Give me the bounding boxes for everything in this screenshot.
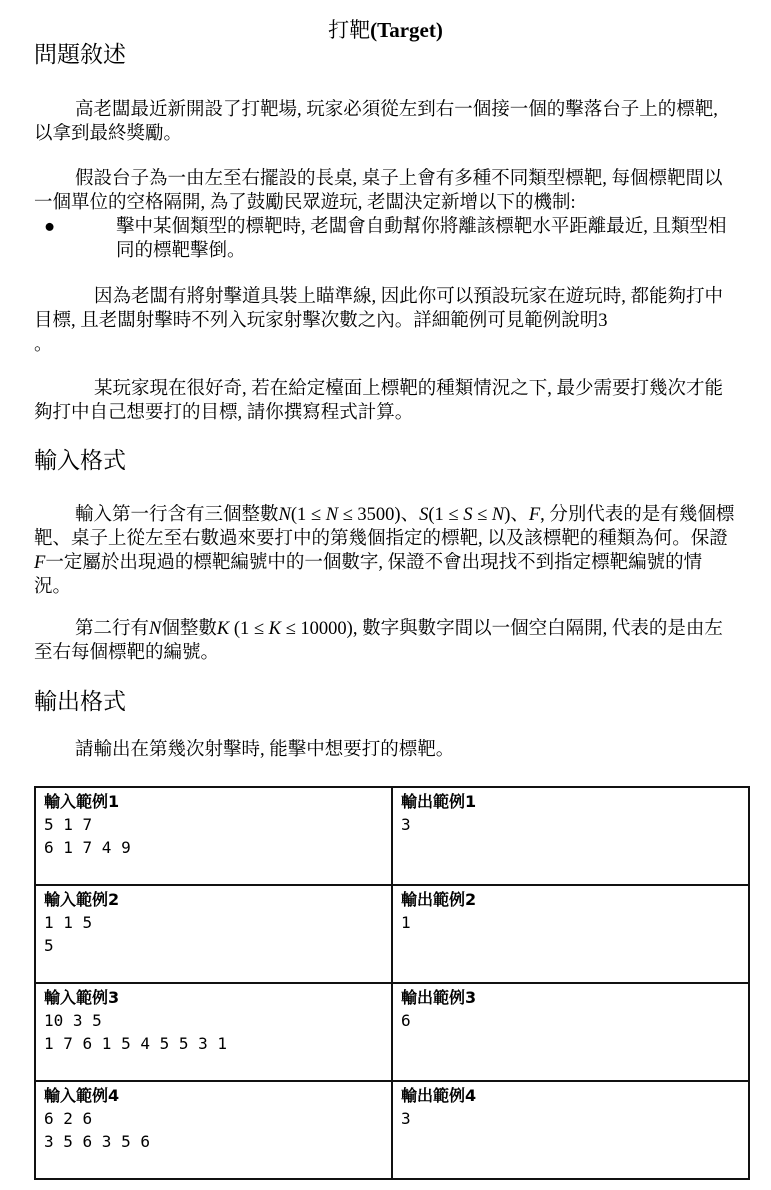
sample-output-line: 6 bbox=[401, 1009, 740, 1032]
sample-input-cell: 輸入範例310 3 51 7 6 1 5 4 5 5 3 1 bbox=[35, 983, 392, 1081]
sample-output-label: 輸出範例1 bbox=[401, 790, 740, 813]
sample-input-cell: 輸入範例15 1 76 1 7 4 9 bbox=[35, 787, 392, 885]
sample-row: 輸入範例310 3 51 7 6 1 5 4 5 5 3 1輸出範例36 bbox=[35, 983, 749, 1081]
description-paragraph-1: 高老闆最近新開設了打靶場, 玩家必須從左到右一個接一個的擊落台子上的標靶, 以拿… bbox=[34, 98, 739, 146]
sample-output-line: 3 bbox=[401, 1107, 740, 1130]
description-paragraph-4: 某玩家現在很好奇, 若在給定檯面上標靶的種類情況之下, 最少需要打幾次才能夠打中… bbox=[34, 377, 739, 425]
sample-row: 輸入範例15 1 76 1 7 4 9輸出範例13 bbox=[35, 787, 749, 885]
sample-output-line: 3 bbox=[401, 813, 740, 836]
sample-input-line: 5 bbox=[44, 934, 383, 957]
sample-input-line: 6 2 6 bbox=[44, 1107, 383, 1130]
sample-output-label: 輸出範例3 bbox=[401, 986, 740, 1009]
sample-input-line: 5 1 7 bbox=[44, 813, 383, 836]
sample-output-cell: 輸出範例36 bbox=[392, 983, 749, 1081]
sample-input-line: 6 1 7 4 9 bbox=[44, 836, 383, 859]
sample-output-cell: 輸出範例43 bbox=[392, 1081, 749, 1179]
input-paragraph-2: 第二行有N個整數K (1 ≤ K ≤ 10000), 數字與數字間以一個空白隔開… bbox=[34, 617, 739, 665]
sample-output-line: 1 bbox=[401, 911, 740, 934]
output-paragraph-1: 請輸出在第幾次射擊時, 能擊中想要打的標靶。 bbox=[34, 738, 739, 762]
mechanism-bullet-text: 擊中某個類型的標靶時, 老闆會自動幫你將離該標靶水平距離最近, 且類型相同的標靶… bbox=[116, 215, 739, 263]
sample-input-label: 輸入範例1 bbox=[44, 790, 383, 813]
sample-input-line: 3 5 6 3 5 6 bbox=[44, 1130, 383, 1153]
sample-input-line: 1 1 5 bbox=[44, 911, 383, 934]
heading-input-format: 輸入格式 bbox=[34, 446, 126, 476]
description-paragraph-3-tail: 。 bbox=[34, 333, 53, 357]
sample-row: 輸入範例46 2 63 5 6 3 5 6輸出範例43 bbox=[35, 1081, 749, 1179]
title-english: (Target) bbox=[370, 18, 443, 42]
sample-input-label: 輸入範例3 bbox=[44, 986, 383, 1009]
sample-input-line: 10 3 5 bbox=[44, 1009, 383, 1032]
sample-output-cell: 輸出範例21 bbox=[392, 885, 749, 983]
sample-input-label: 輸入範例2 bbox=[44, 888, 383, 911]
title-chinese: 打靶 bbox=[328, 18, 370, 42]
sample-output-label: 輸出範例4 bbox=[401, 1084, 740, 1107]
sample-input-label: 輸入範例4 bbox=[44, 1084, 383, 1107]
input-paragraph-1: 輸入第一行含有三個整數N(1 ≤ N ≤ 3500)、S(1 ≤ S ≤ N)、… bbox=[34, 503, 739, 599]
bullet-icon: ● bbox=[44, 215, 55, 239]
samples-table: 輸入範例15 1 76 1 7 4 9輸出範例13輸入範例21 1 55輸出範例… bbox=[34, 786, 750, 1180]
heading-description: 問題敘述 bbox=[34, 40, 126, 70]
sample-output-cell: 輸出範例13 bbox=[392, 787, 749, 885]
description-paragraph-2: 假設台子為一由左至右擺設的長桌, 桌子上會有多種不同類型標靶, 每個標靶間以一個… bbox=[34, 167, 739, 215]
heading-output-format: 輸出格式 bbox=[34, 687, 126, 717]
sample-row: 輸入範例21 1 55輸出範例21 bbox=[35, 885, 749, 983]
sample-output-label: 輸出範例2 bbox=[401, 888, 740, 911]
sample-input-cell: 輸入範例21 1 55 bbox=[35, 885, 392, 983]
sample-input-line: 1 7 6 1 5 4 5 5 3 1 bbox=[44, 1032, 383, 1055]
description-paragraph-3: 因為老闆有將射擊道具裝上瞄準線, 因此你可以預設玩家在遊玩時, 都能夠打中目標,… bbox=[34, 285, 739, 333]
sample-input-cell: 輸入範例46 2 63 5 6 3 5 6 bbox=[35, 1081, 392, 1179]
